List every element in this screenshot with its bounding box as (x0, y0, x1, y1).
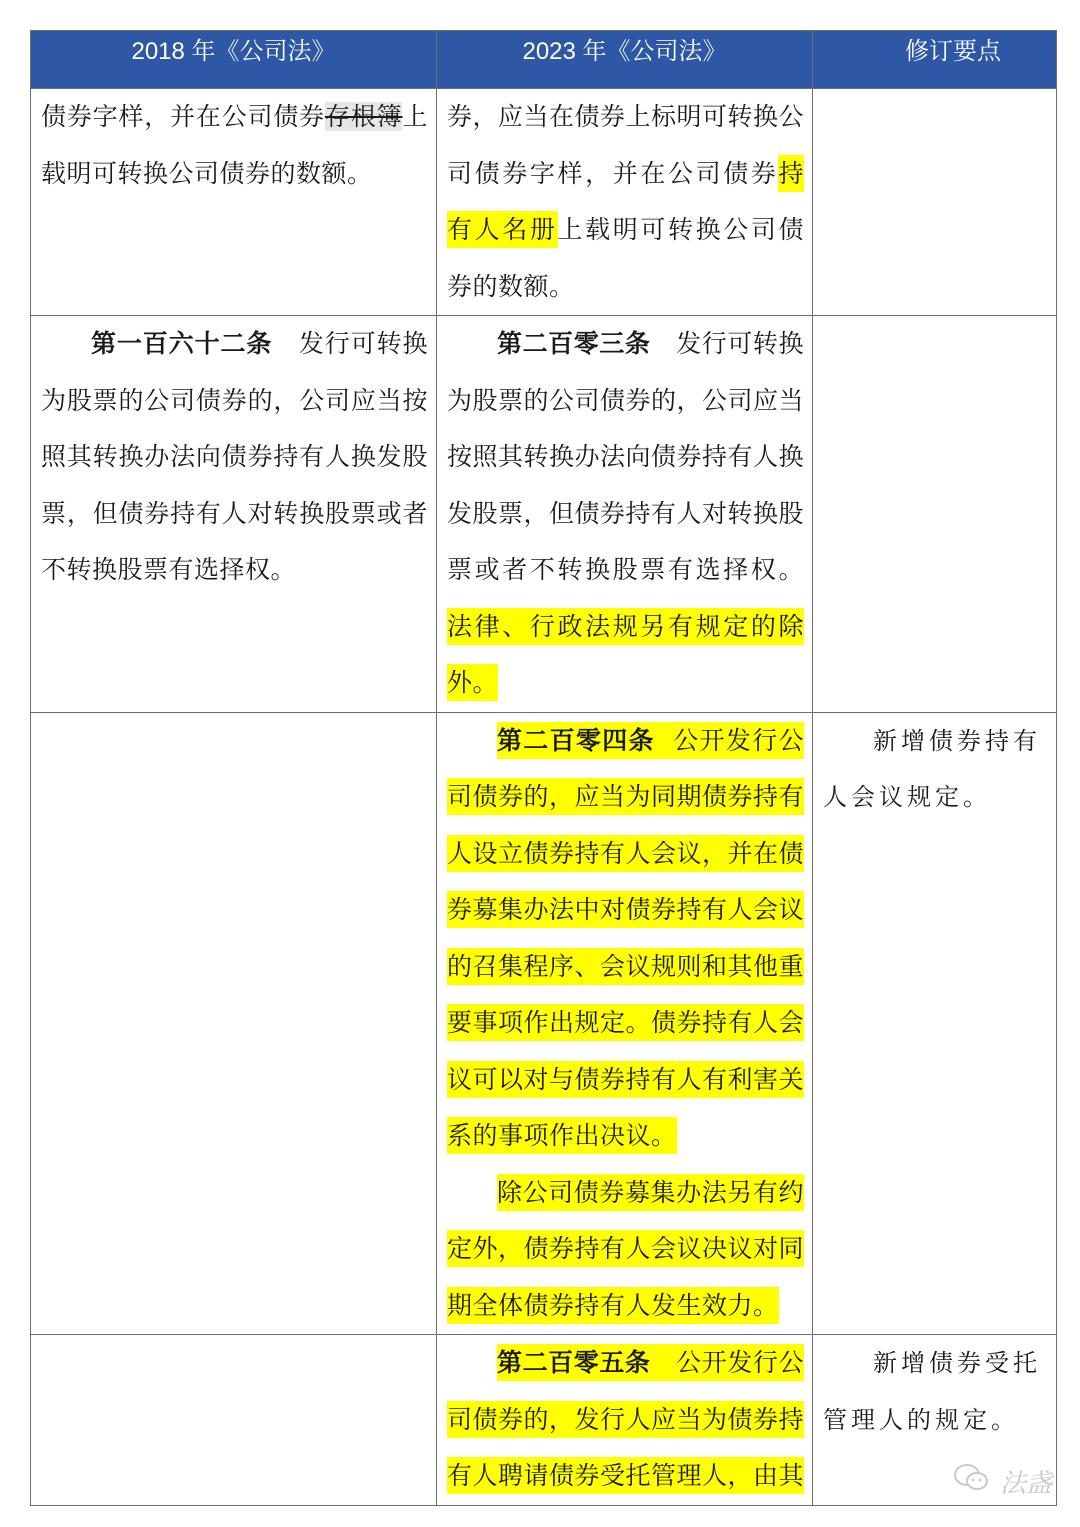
table-row: 第二百零四条 公开发行公司债券的，应当为同期债券持有人设立债券持有人会议，并在债… (31, 712, 1057, 1335)
article-number: 第二百零五条 (497, 1348, 651, 1377)
added-text: 法律、行政法规另有规定的除外。 (447, 608, 804, 702)
revision-note: 新增债券受托管理人的规定。 (813, 1335, 1056, 1448)
old-law-cell-empty (31, 712, 437, 1335)
old-law-text: 债券字样，并在公司债券存根簿上载明可转换公司债券的数额。 (31, 89, 436, 202)
new-law-text: 第二百零三条 发行可转换为股票的公司债券的，公司应当按照其转换办法向债券持有人换… (437, 316, 812, 712)
new-law-text-para2: 除公司债券募集办法另有约定外，债券持有人会议决议对同期全体债券持有人发生效力。 (437, 1165, 812, 1335)
header-2018-law: 2018 年《公司法》 (31, 31, 437, 89)
deleted-text: 存根簿 (325, 102, 402, 131)
header-2023-law: 2023 年《公司法》 (437, 31, 813, 89)
new-law-text: 第二百零五条 公开发行公司债券的，发行人应当为债券持有人聘请债券受托管理人，由其 (437, 1335, 812, 1505)
header-revision-points: 修订要点 (813, 31, 1057, 89)
new-law-text: 券，应当在债券上标明可转换公司债券字样，并在公司债券持有人名册上载明可转换公司债… (437, 89, 812, 315)
new-law-cell: 券，应当在债券上标明可转换公司债券字样，并在公司债券持有人名册上载明可转换公司债… (437, 89, 813, 316)
new-law-text: 第二百零四条 公开发行公司债券的，应当为同期债券持有人设立债券持有人会议，并在债… (437, 713, 812, 1165)
revision-note-cell (813, 89, 1057, 316)
table-row: 第一百六十二条 发行可转换为股票的公司债券的，公司应当按照其转换办法向债券持有人… (31, 316, 1057, 713)
revision-note-cell: 新增债券持有人会议规定。 (813, 712, 1057, 1335)
revision-note: 新增债券持有人会议规定。 (813, 713, 1056, 826)
revision-note-cell (813, 316, 1057, 713)
table-row: 第二百零五条 公开发行公司债券的，发行人应当为债券持有人聘请债券受托管理人，由其… (31, 1335, 1057, 1506)
old-law-cell-empty (31, 1335, 437, 1506)
table-row: 债券字样，并在公司债券存根簿上载明可转换公司债券的数额。 券，应当在债券上标明可… (31, 89, 1057, 316)
watermark: 法盏 (952, 1462, 1052, 1501)
law-comparison-table: 2018 年《公司法》 2023 年《公司法》 修订要点 债券字样，并在公司债券… (30, 30, 1057, 1506)
table-header-row: 2018 年《公司法》 2023 年《公司法》 修订要点 (31, 31, 1057, 89)
old-law-cell: 债券字样，并在公司债券存根簿上载明可转换公司债券的数额。 (31, 89, 437, 316)
article-number: 第二百零三条 (497, 329, 651, 358)
new-law-cell: 第二百零四条 公开发行公司债券的，应当为同期债券持有人设立债券持有人会议，并在债… (437, 712, 813, 1335)
article-number: 第二百零四条 (497, 726, 655, 755)
new-law-cell: 第二百零五条 公开发行公司债券的，发行人应当为债券持有人聘请债券受托管理人，由其 (437, 1335, 813, 1506)
article-number: 第一百六十二条 (91, 329, 272, 358)
old-law-cell: 第一百六十二条 发行可转换为股票的公司债券的，公司应当按照其转换办法向债券持有人… (31, 316, 437, 713)
old-law-text: 第一百六十二条 发行可转换为股票的公司债券的，公司应当按照其转换办法向债券持有人… (31, 316, 436, 599)
new-law-cell: 第二百零三条 发行可转换为股票的公司债券的，公司应当按照其转换办法向债券持有人换… (437, 316, 813, 713)
wechat-icon (952, 1462, 992, 1501)
watermark-text: 法盏 (1000, 1463, 1052, 1500)
